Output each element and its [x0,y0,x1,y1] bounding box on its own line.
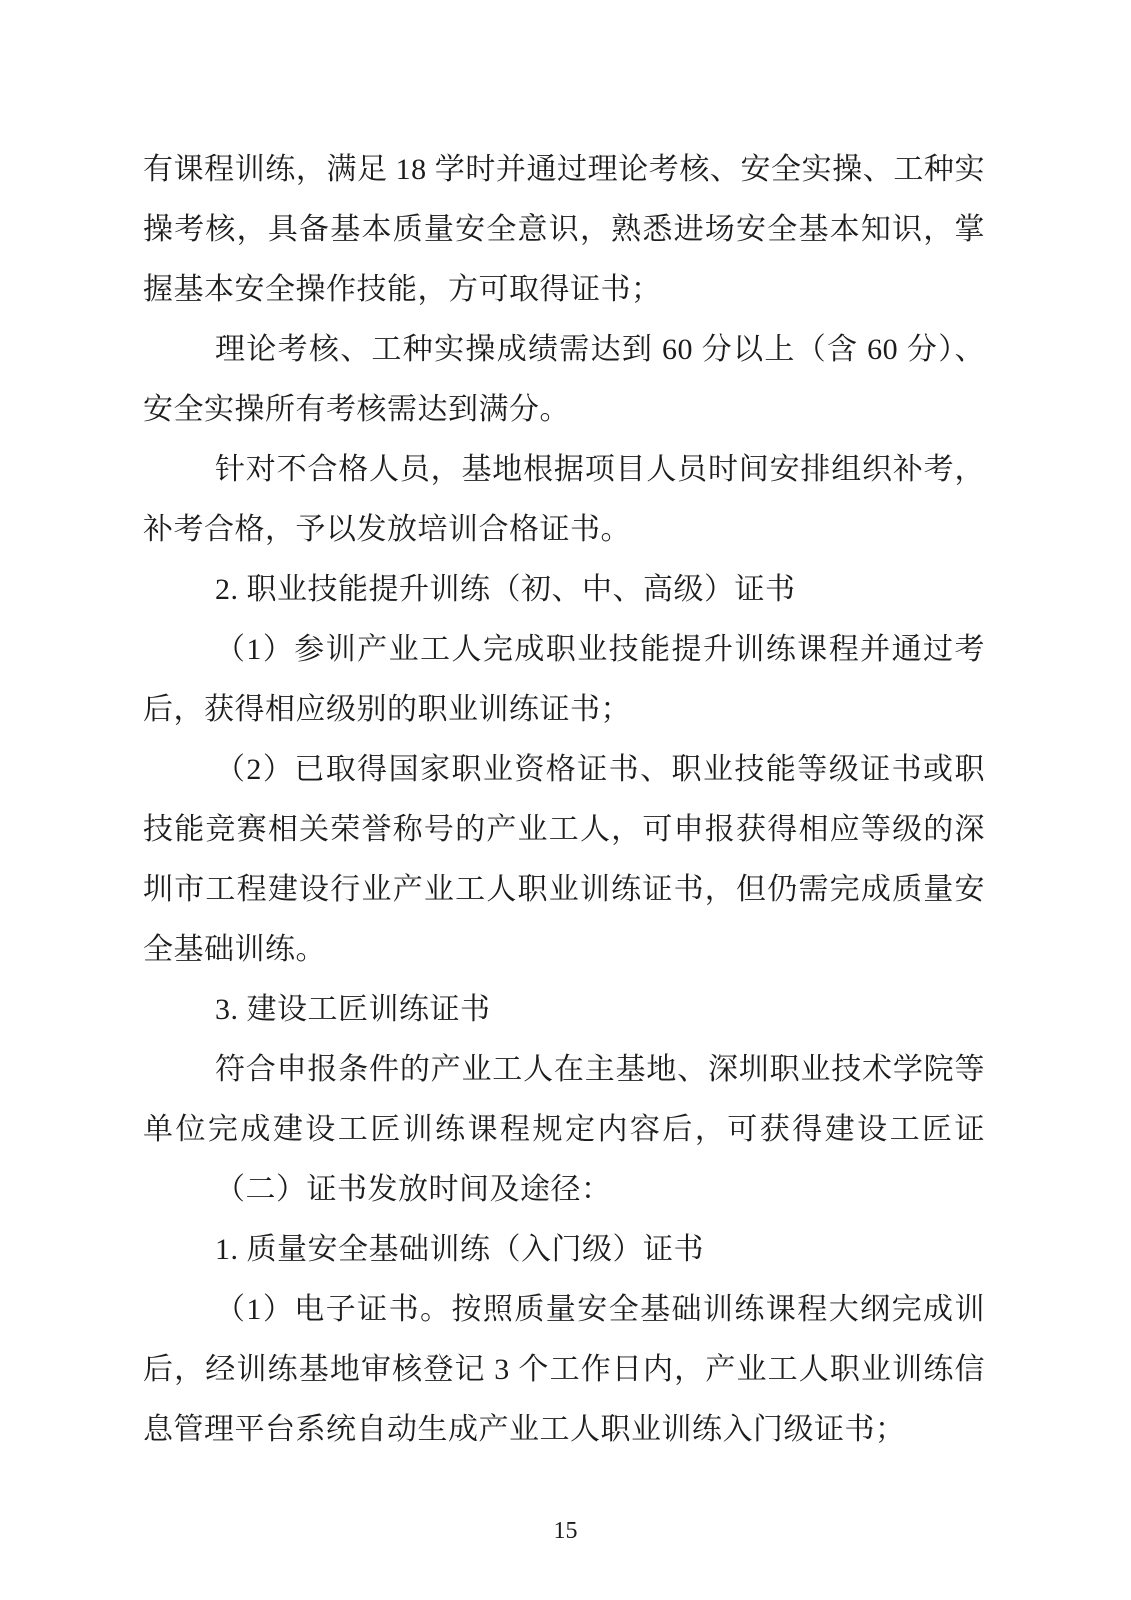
text-line-2: 操考核，具备基本质量安全意识，熟悉进场安全基本知识，掌 [143,200,985,260]
document-body: 有课程训练，满足 18 学时并通过理论考核、安全实操、工种实操考核，具备基本质量… [143,140,985,1460]
text-line-10: 后，获得相应级别的职业训练证书； [143,680,985,740]
text-line-3: 握基本安全操作技能，方可取得证书； [143,260,985,320]
text-line-15: 3. 建设工匠训练证书 [143,980,985,1040]
text-line-8: 2. 职业技能提升训练（初、中、高级）证书 [143,560,985,620]
text-line-7: 补考合格，予以发放培训合格证书。 [143,500,985,560]
text-line-12: 技能竞赛相关荣誉称号的产业工人，可申报获得相应等级的深 [143,800,985,860]
text-line-5: 安全实操所有考核需达到满分。 [143,380,985,440]
text-line-19: 1. 质量安全基础训练（入门级）证书 [143,1220,985,1280]
text-line-20: （1）电子证书。按照质量安全基础训练课程大纲完成训练 [143,1280,985,1340]
text-line-21: 后，经训练基地审核登记 3 个工作日内，产业工人职业训练信 [143,1340,985,1400]
text-line-14: 全基础训练。 [143,920,985,980]
text-line-1: 有课程训练，满足 18 学时并通过理论考核、安全实操、工种实 [143,140,985,200]
text-line-11: （2）已取得国家职业资格证书、职业技能等级证书或职业 [143,740,985,800]
document-page: 有课程训练，满足 18 学时并通过理论考核、安全实操、工种实操考核，具备基本质量… [0,0,1131,1600]
text-line-22: 息管理平台系统自动生成产业工人职业训练入门级证书； [143,1400,985,1460]
page-number: 15 [0,1518,1131,1545]
text-line-17: 单位完成建设工匠训练课程规定内容后，可获得建设工匠证书。 [143,1100,985,1160]
text-line-16: 符合申报条件的产业工人在主基地、深圳职业技术学院等 [143,1040,985,1100]
text-line-6: 针对不合格人员，基地根据项目人员时间安排组织补考， [143,440,985,500]
text-line-18: （二）证书发放时间及途径： [143,1160,985,1220]
text-line-13: 圳市工程建设行业产业工人职业训练证书，但仍需完成质量安 [143,860,985,920]
text-line-4: 理论考核、工种实操成绩需达到 60 分以上（含 60 分）、 [143,320,985,380]
text-line-9: （1）参训产业工人完成职业技能提升训练课程并通过考核 [143,620,985,680]
